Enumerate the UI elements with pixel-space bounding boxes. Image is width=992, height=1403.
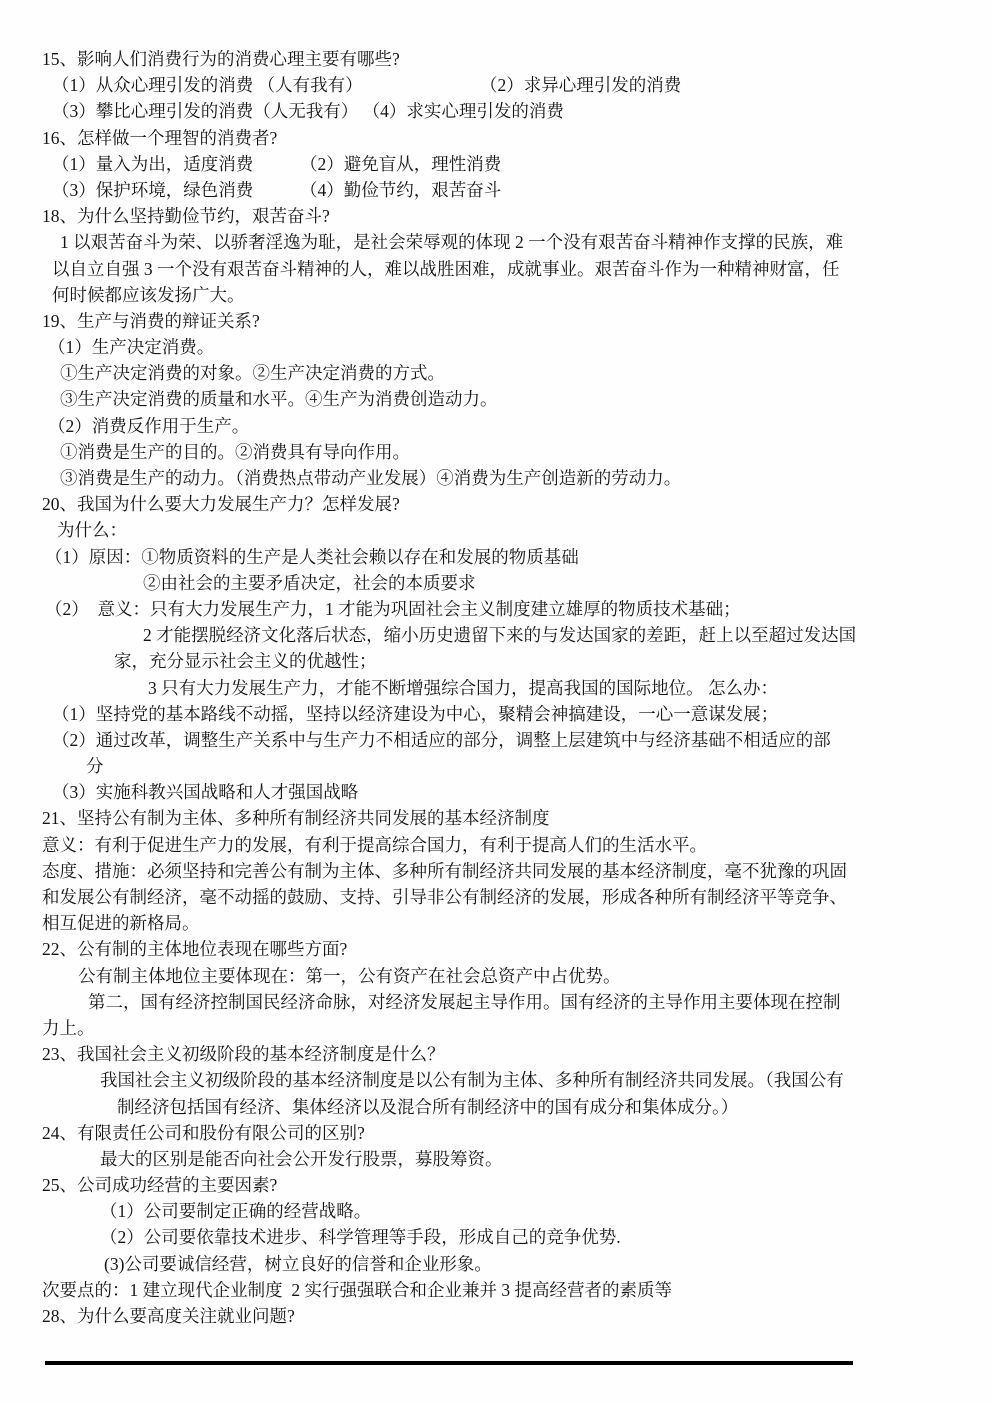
text-line: （3）攀比心理引发的消费（人无我有） （4）求实心理引发的消费 <box>0 98 992 124</box>
text-line: 相互促进的新格局。 <box>0 910 992 936</box>
text-line: （2） 意义：只有大力发展生产力，1 才能为巩固社会主义制度建立雄厚的物质技术基… <box>0 596 992 622</box>
text-line: ③消费是生产的动力。（消费热点带动产业发展）④消费为生产创造新的劳动力。 <box>0 465 992 491</box>
text-line: （2）消费反作用于生产。 <box>0 413 992 439</box>
text-line: 19、生产与消费的辩证关系? <box>0 308 992 334</box>
text-line: 制经济包括国有经济、集体经济以及混合所有制经济中的国有成分和集体成分。） <box>0 1094 992 1120</box>
text-line: 22、公有制的主体地位表现在哪些方面? <box>0 936 992 962</box>
text-line: （1）原因：①物质资料的生产是人类社会赖以存在和发展的物质基础 <box>0 544 992 570</box>
document-page: 15、影响人们消费行为的消费心理主要有哪些?（1）从众心理引发的消费 （人有我有… <box>0 0 992 1403</box>
text-line: 18、为什么坚持勤俭节约，艰苦奋斗? <box>0 203 992 229</box>
text-line: （3）实施科教兴国战略和人才强国战略 <box>0 779 992 805</box>
text-line: 23、我国社会主义初级阶段的基本经济制度是什么？ <box>0 1041 992 1067</box>
text-line: 何时候都应该发扬广大。 <box>0 282 992 308</box>
text-line: 3 只有大力发展生产力，才能不断增强综合国力，提高我国的国际地位。 怎么办： <box>0 675 992 701</box>
text-line: 以自立自强 3 一个没有艰苦奋斗精神的人，难以战胜困难，成就事业。艰苦奋斗作为一… <box>0 256 992 282</box>
text-line: 家，充分显示社会主义的优越性； <box>0 648 992 674</box>
text-line: 我国社会主义初级阶段的基本经济制度是以公有制为主体、多种所有制经济共同发展。（我… <box>0 1067 992 1093</box>
text-line-segment: （2）避免盲从，理性消费 <box>300 151 501 177</box>
text-line: （2）通过改革，调整生产关系中与生产力不相适应的部分，调整上层建筑中与经济基础不… <box>0 727 992 753</box>
text-line: 为什么： <box>0 517 992 543</box>
text-line-segment: （4）勤俭节约，艰苦奋斗 <box>300 177 501 203</box>
text-line: 2 才能摆脱经济文化落后状态，缩小历史遗留下来的与发达国家的差距，赶上以至超过发… <box>0 622 992 648</box>
text-line: 最大的区别是能否向社会公开发行股票，募股筹资。 <box>0 1146 992 1172</box>
text-line: （1）坚持党的基本路线不动摇，坚持以经济建设为中心，聚精会神搞建设，一心一意谋发… <box>0 701 992 727</box>
text-line: （1）从众心理引发的消费 （人有我有）（2）求异心理引发的消费 <box>0 72 992 98</box>
text-line: 24、有限责任公司和股份有限公司的区别? <box>0 1120 992 1146</box>
text-line: 态度、措施：必须坚持和完善公有制为主体、多种所有制经济共同发展的基本经济制度，毫… <box>0 858 992 884</box>
text-line: 21、坚持公有制为主体、多种所有制经济共同发展的基本经济制度 <box>0 805 992 831</box>
text-line: 公有制主体地位主要体现在：第一，公有资产在社会总资产中占优势。 <box>0 963 992 989</box>
text-line: ①生产决定消费的对象。②生产决定消费的方式。 <box>0 360 992 386</box>
text-line: （3）保护环境，绿色消费（4）勤俭节约，艰苦奋斗 <box>0 177 992 203</box>
text-line: 28、为什么要高度关注就业问题? <box>0 1303 992 1329</box>
text-line: ③生产决定消费的质量和水平。④生产为消费创造动力。 <box>0 386 992 412</box>
text-line: 1 以艰苦奋斗为荣、以骄奢淫逸为耻，是社会荣辱观的体现 2 一个没有艰苦奋斗精神… <box>0 229 992 255</box>
text-line: ①消费是生产的目的。②消费具有导向作用。 <box>0 439 992 465</box>
text-line: 次要点的：1 建立现代企业制度 2 实行强强联合和企业兼并 3 提高经营者的素质… <box>0 1277 992 1303</box>
text-line: （2）公司要依靠技术进步、科学管理等手段，形成自己的竞争优势. <box>0 1224 992 1250</box>
text-line: 力上。 <box>0 1015 992 1041</box>
text-line: 意义：有利于促进生产力的发展，有利于提高综合国力，有利于提高人们的生活水平。 <box>0 832 992 858</box>
footer-divider <box>45 1361 853 1365</box>
text-line: （1）量入为出，适度消费（2）避免盲从，理性消费 <box>0 151 992 177</box>
text-line-segment: （2）求异心理引发的消费 <box>480 72 681 98</box>
text-line: 第二，国有经济控制国民经济命脉，对经济发展起主导作用。国有经济的主导作用主要体现… <box>0 989 992 1015</box>
text-line: (3)公司要诚信经营，树立良好的信誉和企业形象。 <box>0 1251 992 1277</box>
text-line: 20、我国为什么要大力发展生产力？怎样发展? <box>0 491 992 517</box>
text-line: （1）公司要制定正确的经营战略。 <box>0 1198 992 1224</box>
text-line: 16、怎样做一个理智的消费者? <box>0 125 992 151</box>
text-line: 和发展公有制经济，毫不动摇的鼓励、支持、引导非公有制经济的发展，形成各种所有制经… <box>0 884 992 910</box>
document-body: 15、影响人们消费行为的消费心理主要有哪些?（1）从众心理引发的消费 （人有我有… <box>0 46 992 1329</box>
text-line: ②由社会的主要矛盾决定，社会的本质要求 <box>0 570 992 596</box>
text-line: （1）生产决定消费。 <box>0 334 992 360</box>
text-line: 25、公司成功经营的主要因素? <box>0 1172 992 1198</box>
text-line: 分 <box>0 753 992 779</box>
text-line: 15、影响人们消费行为的消费心理主要有哪些? <box>0 46 992 72</box>
